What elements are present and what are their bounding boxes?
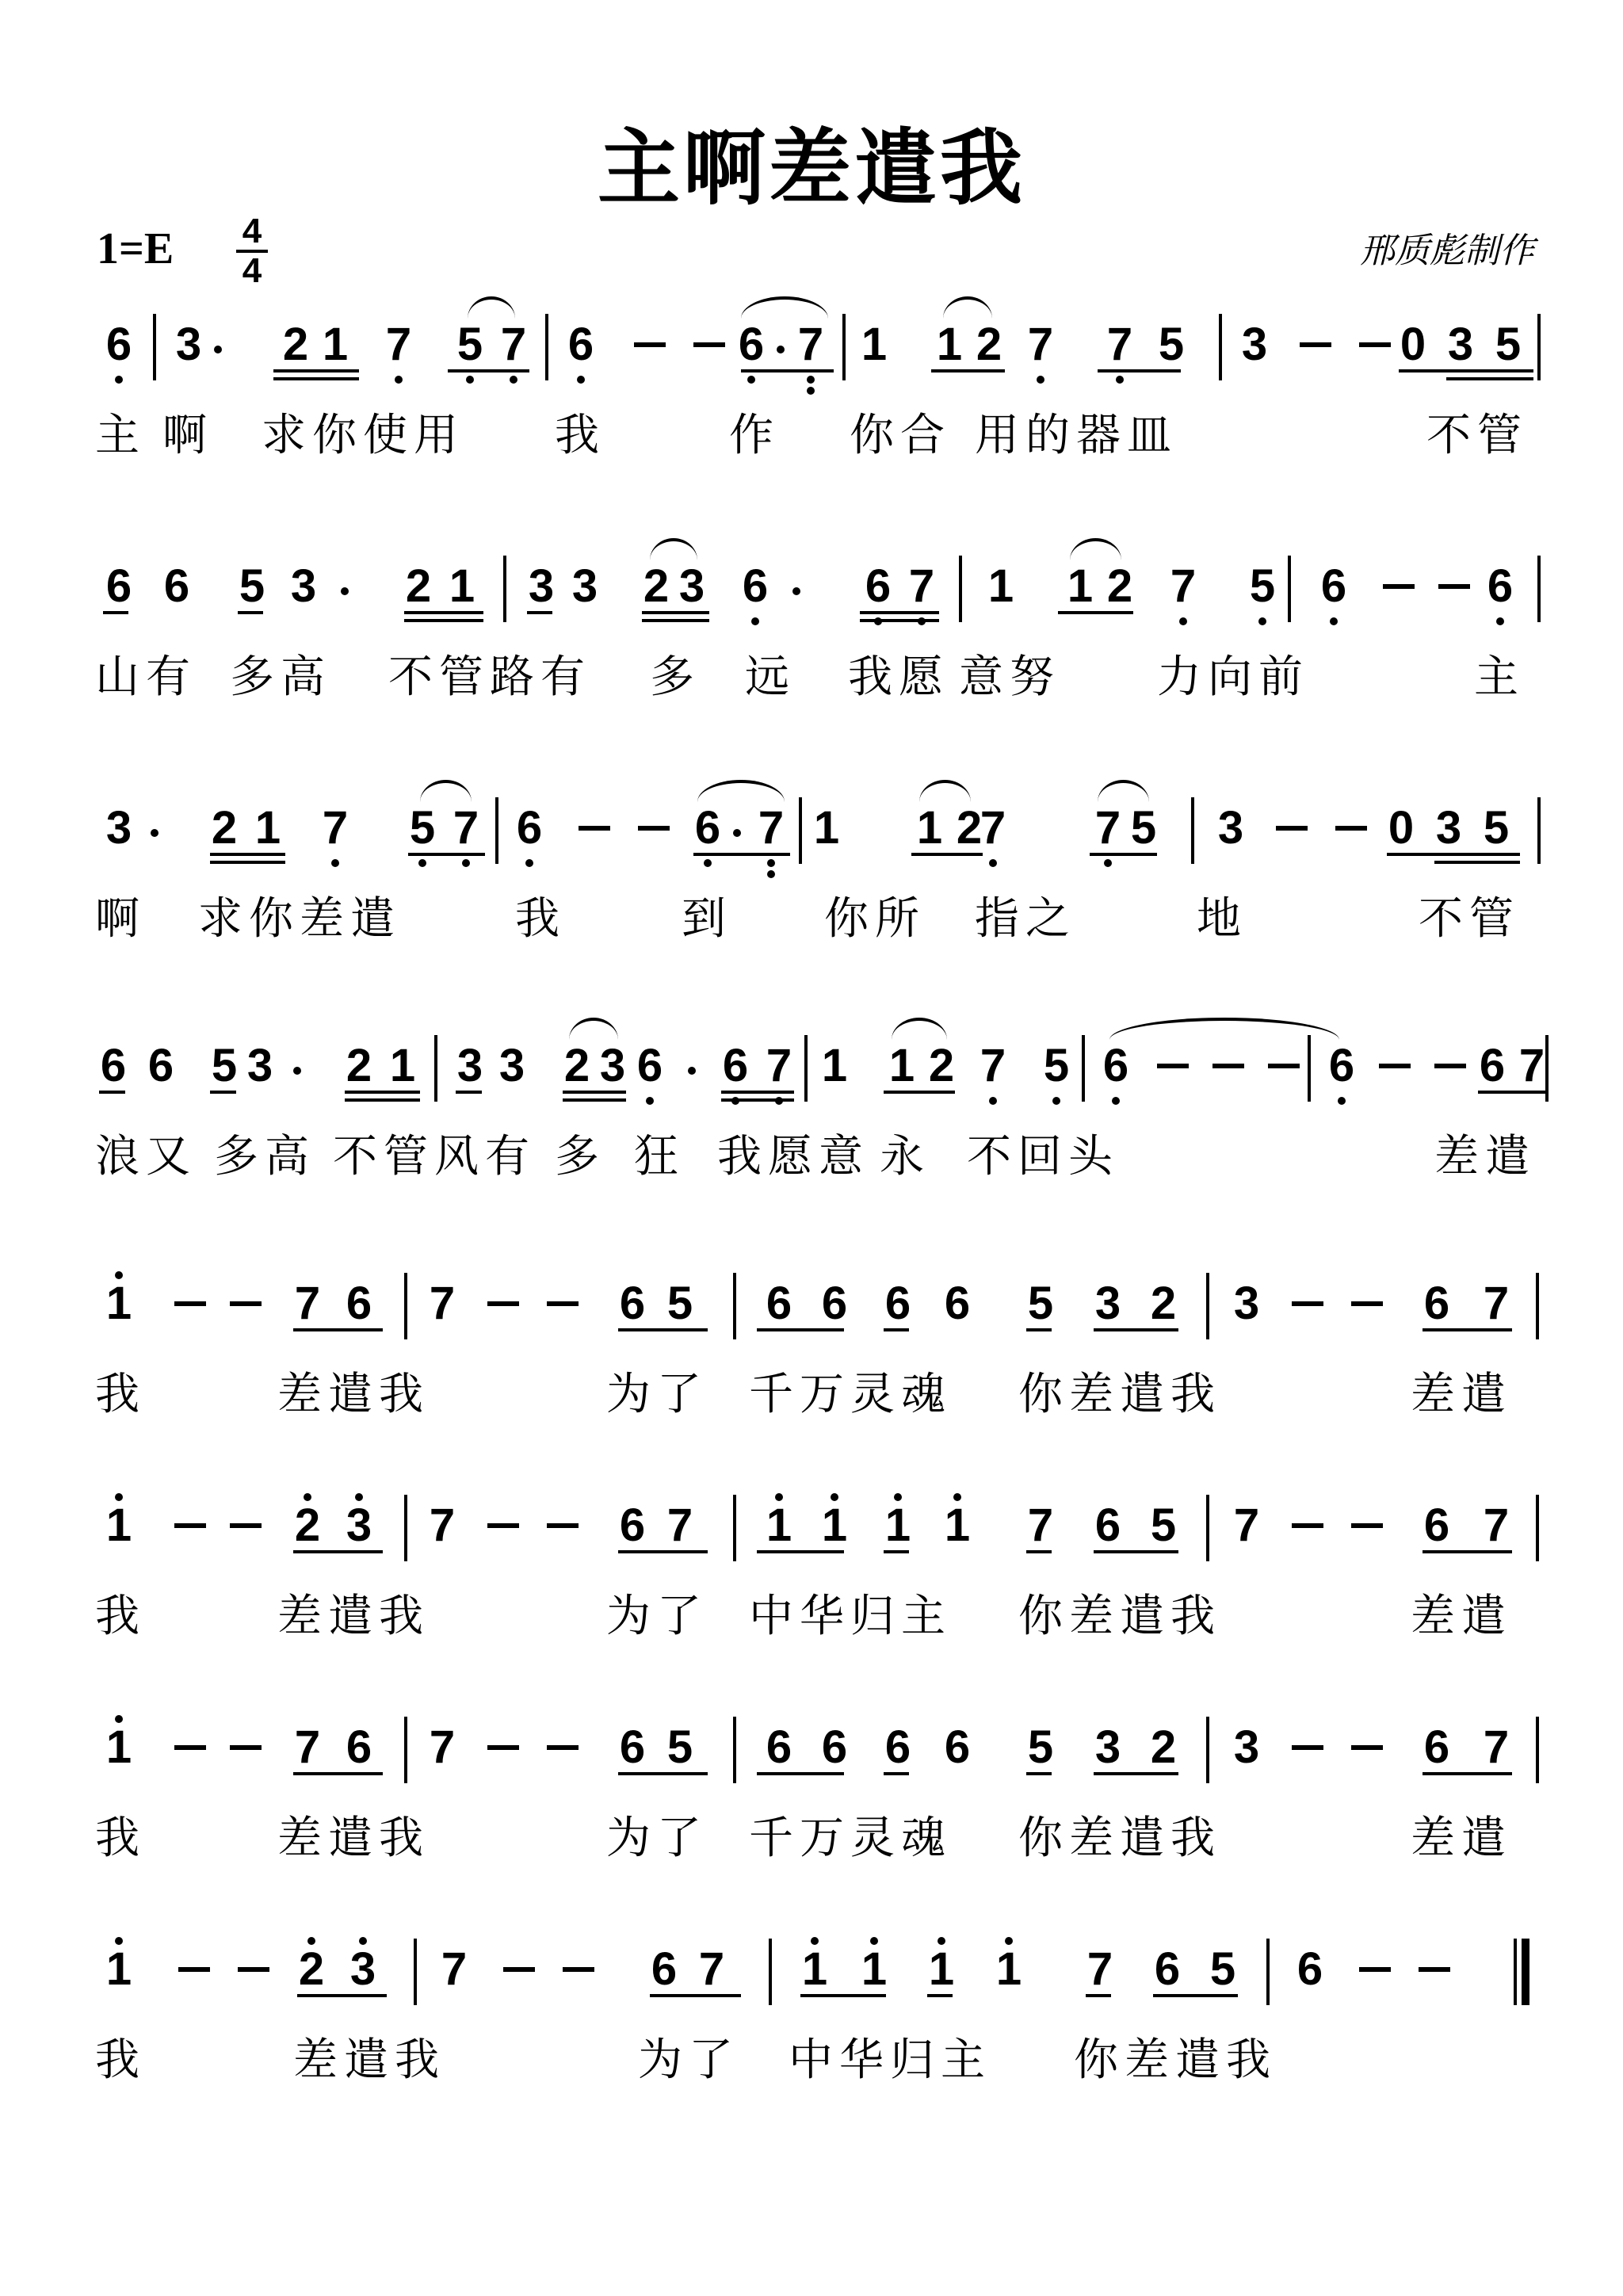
duration-underline [1026,1772,1052,1775]
note: 1 [935,1498,980,1553]
note: 7 [420,1276,464,1331]
credit: 邢质彪制作 [1360,222,1534,273]
note: 7 [971,1038,1015,1094]
lyric: 主 [1474,654,1525,701]
score-line: 3217576671127753035啊求你差遣我到你所指之地不管 [0,800,1623,991]
note: 5 [658,1720,702,1775]
lower-octave-dot [466,376,474,384]
duration-underline [1090,853,1157,856]
duration-underline [1094,1772,1178,1775]
note: 1 [804,800,849,856]
sustain-dash [1359,1967,1391,1972]
note: 1 [246,800,290,856]
lyric: 到 [682,896,732,943]
lyric: 我 [95,2037,146,2084]
barline [153,314,156,380]
lower-octave-dot [767,870,775,878]
sustain-dash [1383,584,1415,589]
note: 7 [420,1720,464,1775]
note: 3 [166,317,211,372]
note: 5 [1474,800,1518,856]
barline [1308,1035,1311,1102]
note: 5 [230,559,274,614]
duration-underline [273,369,359,372]
note: 2 [202,800,246,856]
duration-underline [345,1091,420,1094]
sustain-dash [174,1301,206,1306]
note: 7 [1078,1942,1122,1997]
note: 1 [876,1498,920,1553]
lyric: 永 [880,1133,930,1181]
score-line: 6653213323667112756667浪又多高不管风有多狂我愿意永不回头差… [0,1038,1623,1228]
note: 6 [1312,559,1356,614]
note: 6 [1415,1276,1459,1331]
note: 6 [610,1276,655,1331]
note: 3 [238,1038,282,1094]
note: 7 [757,1038,801,1094]
time-signature-top: 4 [236,214,268,249]
lower-octave-dot [1179,617,1187,625]
lyric: 啊 [95,896,146,943]
note: 1 [927,317,972,372]
note: 6 [713,1038,758,1094]
lower-octave-dot [767,859,775,867]
lyric: 作 [729,412,780,460]
note: 7 [432,1942,476,1997]
lyric: 不管风有 [333,1133,536,1181]
duration-underline [293,1328,383,1331]
sustain-dash [1438,584,1470,589]
note: 7 [749,800,793,856]
lyric: 主 [95,412,146,460]
slur [420,780,472,802]
barline [503,556,506,622]
lyric: 差遣 [1411,1593,1512,1641]
barline [1536,1717,1539,1783]
lyric: 差遣 [1411,1815,1512,1862]
duration-underline [931,369,1005,372]
duration-underline [884,1550,909,1553]
lower-octave-dot [1258,617,1266,625]
barline [404,1495,407,1561]
lyric: 我 [95,1815,146,1862]
lower-octave-dot [1112,1097,1120,1105]
lower-octave-dot [807,387,815,395]
duration-underline [448,369,529,372]
score-line: 66532133236671127566山有多高不管路有多远我愿意努力向前主 [0,559,1623,749]
note: 6 [1094,1038,1138,1094]
note: 5 [1018,1276,1063,1331]
sustain-dash [1157,1064,1189,1068]
sustain-dash [503,1967,535,1972]
lyric: 差遣我 [277,1593,430,1641]
note: 2 [273,317,318,372]
duration-underline [408,853,485,856]
barline [1191,797,1194,864]
final-barline-thin [1514,1939,1517,2005]
note: 1 [852,317,896,372]
lyric: 差遣我 [293,2037,445,2084]
note: 3 [337,1498,381,1553]
note: 6 [628,1038,672,1094]
lyric: 中华归主 [789,2037,991,2084]
note: 6 [1415,1720,1459,1775]
note: 3 [1224,1720,1269,1775]
lower-octave-dot [115,376,123,384]
sustain-dash [1434,1064,1466,1068]
duration-underline [1026,1328,1052,1331]
lyric: 我 [95,1371,146,1419]
duration-underline [618,1772,708,1775]
lower-octave-dot [525,859,533,867]
upper-octave-dot [775,1493,783,1501]
sustain-dash [547,1301,579,1306]
lyric: 差遣 [1434,1133,1536,1181]
note: 5 [1201,1942,1245,1997]
note: 5 [1240,559,1285,614]
note: 7 [376,317,421,372]
note: 7 [1474,1498,1518,1553]
duration-underline [1058,611,1133,614]
lower-octave-dot [989,859,997,867]
augmentation-dot [777,346,785,353]
duration-underline [293,1772,383,1775]
duration-underline [642,611,709,614]
slur [569,1018,618,1040]
duration-underline [527,611,552,614]
lower-octave-dot [331,859,339,867]
duration-underline [618,1328,708,1331]
augmentation-dot [151,829,158,837]
duration-underline [1086,1994,1111,1997]
slur [468,296,515,319]
duration-underline [721,1098,794,1102]
barline [1537,314,1541,380]
duration-underline [1399,369,1533,372]
duration-underline [741,369,834,372]
sustain-dash [1379,1064,1411,1068]
lyric: 中华归主 [749,1593,952,1641]
barline [404,1273,407,1339]
duration-underline [884,1091,955,1094]
note: 3 [1426,800,1471,856]
barline [434,1035,437,1102]
duration-underline [860,611,939,614]
note: 7 [491,317,536,372]
upper-octave-dot [1005,1937,1013,1945]
lower-octave-dot [747,376,755,384]
note: 3 [1232,317,1277,372]
lyric: 力向前 [1157,654,1309,701]
note: 6 [935,1720,980,1775]
sustain-dash [1300,342,1331,347]
sustain-dash [1268,1064,1300,1068]
sustain-dash [1351,1523,1383,1528]
sustain-dash [487,1301,519,1306]
slur [919,780,971,802]
lyric: 你合 [850,412,951,460]
upper-octave-dot [115,1937,123,1945]
note: 6 [1086,1498,1130,1553]
note: 3 [1224,1276,1269,1331]
note: 5 [1486,317,1530,372]
note: 2 [919,1038,964,1094]
sustain-dash [487,1523,519,1528]
lower-octave-dot [462,859,470,867]
upper-octave-dot [870,1937,878,1945]
barline [1219,314,1222,380]
lyric: 我 [555,412,605,460]
lyric: 求你差遣 [198,896,401,943]
duration-underline [563,1098,626,1102]
duration-underline [103,611,128,614]
note: 6 [642,1942,686,1997]
note: 7 [1474,1276,1518,1331]
note: 6 [610,1720,655,1775]
duration-underline [210,861,285,864]
note: 7 [285,1720,330,1775]
upper-octave-dot [355,1493,363,1501]
lyric: 不管 [1419,896,1520,943]
note: 7 [971,800,1015,856]
duration-underline [757,1550,844,1553]
sustain-dash [1359,342,1391,347]
note: 3 [1086,1276,1130,1331]
duration-underline [345,1098,420,1102]
slur [1109,1018,1339,1040]
duration-underline [1478,1091,1545,1094]
lyric: 不管 [1426,412,1528,460]
lower-octave-dot [1338,1097,1346,1105]
note: 6 [729,317,773,372]
note: 7 [420,1498,464,1553]
sustain-dash [1351,1745,1383,1750]
barline [733,1495,736,1561]
duration-underline [860,619,939,622]
barline [1536,1495,1539,1561]
lyric: 多 [555,1133,605,1181]
augmentation-dot [792,587,800,595]
note: 2 [396,559,441,614]
sustain-dash [693,342,725,347]
note: 6 [876,1720,920,1775]
lyric: 差遣我 [277,1815,430,1862]
note: 7 [1018,1498,1063,1553]
note: 7 [313,800,357,856]
sustain-dash [1212,1064,1244,1068]
score-line: 1767656666532367我差遣我为了千万灵魂你差遣我差遣 [0,1276,1623,1466]
note: 7 [658,1498,702,1553]
slur [650,538,697,560]
sustain-dash [230,1523,262,1528]
note: 3 [1086,1720,1130,1775]
barline [1536,1273,1539,1339]
note: 7 [444,800,488,856]
lyric: 指之 [975,896,1076,943]
note: 1 [1058,559,1102,614]
note: 6 [337,1720,381,1775]
note: 3 [97,800,141,856]
upper-octave-dot [359,1937,367,1945]
note: 1 [852,1942,896,1997]
note: 1 [979,559,1023,614]
note: 1 [919,1942,964,1997]
duration-underline [297,1994,387,1997]
lower-octave-dot [751,617,759,625]
lyric: 你差遣我 [1018,1815,1221,1862]
sustain-dash [238,1967,269,1972]
final-barline-thick [1522,1939,1529,2005]
lyric: 你差遣我 [1018,1371,1221,1419]
duration-underline [800,1994,886,1997]
note: 5 [400,800,445,856]
note: 3 [490,1038,534,1094]
lower-octave-dot [510,376,517,384]
barline [1206,1273,1209,1339]
duration-underline [404,611,483,614]
duration-underline [563,1091,626,1094]
note: 2 [337,1038,381,1094]
duration-underline [293,1550,383,1553]
duration-underline [1026,1550,1052,1553]
lyric: 用的器皿 [975,412,1178,460]
note: 6 [812,1720,857,1775]
barline [1537,556,1541,622]
barline [545,314,548,380]
note: 6 [559,317,603,372]
note: 2 [285,1498,330,1553]
time-signature-bottom: 4 [236,254,268,288]
sustain-dash [1351,1301,1383,1306]
sustain-dash [174,1745,206,1750]
note: 1 [757,1498,801,1553]
barline [1206,1717,1209,1783]
lyric: 不管路有 [388,654,591,701]
song-title: 主啊差遣我 [0,101,1623,220]
sustain-dash [230,1745,262,1750]
duration-underline [1098,369,1181,372]
lower-octave-dot [577,376,585,384]
lower-octave-dot [1052,1097,1060,1105]
barline [495,797,498,864]
note: 0 [1379,800,1423,856]
sustain-dash [547,1745,579,1750]
lyric: 山有 [95,654,197,701]
note: 5 [1141,1498,1186,1553]
lyric: 你所 [824,896,926,943]
barline [414,1939,417,2005]
augmentation-dot [214,346,222,353]
lyric: 差遣 [1411,1371,1512,1419]
note: 7 [1224,1498,1269,1553]
duration-underline [757,1772,844,1775]
lower-octave-dot [1037,376,1044,384]
upper-octave-dot [115,1271,123,1279]
lyric: 我 [515,896,566,943]
duration-underline [1434,861,1520,864]
note: 5 [1149,317,1193,372]
note: 5 [1121,800,1166,856]
duration-underline [693,853,790,856]
score-line: 63217576671127753035主啊求你使用我作你合用的器皿不管 [0,317,1623,507]
note: 2 [289,1942,334,1997]
upper-octave-dot [894,1493,902,1501]
lower-octave-dot [395,376,403,384]
upper-octave-dot [811,1937,819,1945]
lower-octave-dot [646,1097,654,1105]
sustain-dash [563,1967,594,1972]
note: 1 [313,317,357,372]
note: 7 [689,1942,734,1997]
note: 1 [792,1942,837,1997]
lyric: 我愿意 [717,1133,869,1181]
duration-underline [1446,377,1533,380]
note: 6 [97,317,141,372]
note: 7 [285,1276,330,1331]
sustain-dash [638,826,670,831]
lyric: 多 [650,654,701,701]
sustain-dash [1292,1523,1323,1528]
score-line: 12376711117656我差遣我为了中华归主你差遣我 [0,1942,1623,2132]
lower-octave-dot [418,859,426,867]
duration-underline [273,377,359,380]
note: 5 [658,1276,702,1331]
note: 7 [1474,1720,1518,1775]
lyric: 狂 [634,1133,685,1181]
barline [842,314,846,380]
note: 3 [1209,800,1253,856]
duration-underline [721,1091,794,1094]
note: 7 [789,317,833,372]
barline [959,556,962,622]
barline [769,1939,772,2005]
barline [733,1717,736,1783]
augmentation-dot [293,1067,301,1075]
duration-underline [238,611,263,614]
barline [733,1273,736,1339]
duration-underline [456,1091,482,1094]
note: 6 [610,1498,655,1553]
barline [404,1717,407,1783]
note: 1 [987,1942,1031,1997]
sustain-dash [1419,1967,1450,1972]
score-line: 1237671111765767我差遣我为了中华归主你差遣我差遣 [0,1498,1623,1688]
note: 1 [880,1038,924,1094]
note: 2 [1141,1720,1186,1775]
slur [697,780,785,802]
lyric: 意努 [959,654,1060,701]
lyric: 差遣我 [277,1371,430,1419]
sustain-dash [178,1967,210,1972]
slur [741,296,828,319]
sustain-dash [1335,826,1367,831]
lower-octave-dot [704,859,712,867]
note: 6 [337,1276,381,1331]
note: 2 [1141,1276,1186,1331]
lyric: 千万灵魂 [749,1815,952,1862]
duration-underline [618,1550,708,1553]
note: 3 [670,559,714,614]
note: 6 [1145,1942,1190,1997]
duration-underline [1094,1550,1178,1553]
note: 6 [507,800,552,856]
lower-octave-dot [989,1097,997,1105]
lyric: 啊 [162,412,213,460]
score-line: 1767656666532367我差遣我为了千万灵魂你差遣我差遣 [0,1720,1623,1910]
sustain-dash [487,1745,519,1750]
lyric: 你差遣我 [1018,1593,1221,1641]
upper-octave-dot [831,1493,838,1501]
